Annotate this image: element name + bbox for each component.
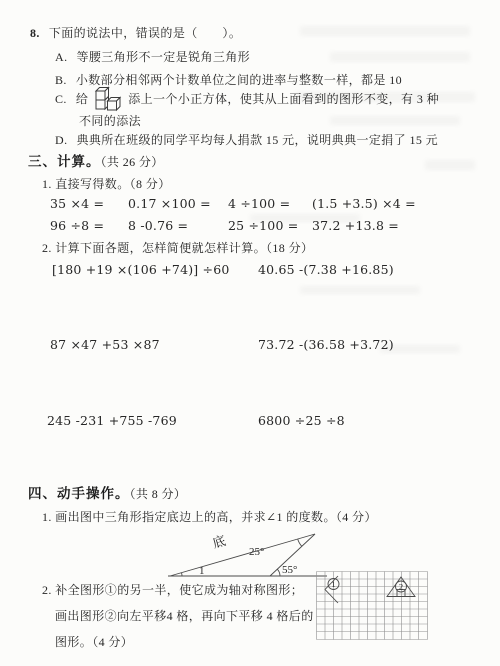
apex-angle-label: 25° [249, 546, 264, 558]
option-d-text: 典典所在班级的同学平均每人捐款 15 元，说明典典一定捐了 15 元 [76, 133, 438, 147]
simplify-problem: [180 +19 ×(106 +74)] ÷60 [52, 262, 230, 277]
option-c-text-before: 给 [76, 92, 88, 106]
oral-expression: (1.5 +3.5) ×4 = [312, 196, 416, 211]
option-c-label: C. [55, 92, 67, 106]
option-d: D.典典所在班级的同学平均每人捐款 15 元，说明典典一定捐了 15 元 [55, 133, 438, 147]
oral-expression: 37.2 +13.8 = [312, 218, 399, 233]
oral-expression: 4 ÷100 = [228, 196, 290, 211]
option-c-line2: 不同的添法 [79, 114, 141, 128]
figure-1-number: 1 [331, 579, 335, 589]
section-calc-title: 三、计算。 [28, 154, 101, 169]
scan-artifact [300, 286, 420, 294]
worksheet-page: 8.下面的说法中，错误的是（ ）。 A.等腰三角形不一定是锐角三角形 B.小数部… [0, 0, 500, 666]
section-hands-score: （共 8 分） [130, 487, 187, 501]
oral-expression: 96 ÷8 = [50, 218, 104, 233]
base-angle-label: 55° [282, 564, 297, 576]
oral-calc-title: 1. 直接写得数。（8 分） [42, 177, 171, 191]
triangle-figure: 底 25° 1 55° [160, 527, 335, 581]
option-c: C. 给 添上一个小正方体，使其从上面看到的图形不变，有 3 种 [55, 84, 439, 114]
question-8-stem: 8.下面的说法中，错误的是（ ）。 [30, 26, 241, 40]
cube-bottom-left-front-face [96, 100, 105, 109]
option-a: A.等腰三角形不一定是锐角三角形 [55, 50, 250, 64]
option-a-label: A. [55, 50, 67, 64]
angle25-arc [298, 539, 302, 546]
simplify-problem: 87 ×47 +53 ×87 [50, 337, 160, 352]
section-calc-score: （共 26 分） [101, 155, 164, 169]
grid-figure: 1 2 [316, 571, 428, 640]
section-hands-title: 四、动手操作。 [28, 486, 130, 501]
scan-artifact [330, 116, 460, 125]
oral-expression: 25 ÷100 = [228, 218, 298, 233]
oral-expression: 0.17 ×100 = [128, 196, 211, 211]
question-8-number: 8. [30, 26, 40, 40]
hands-q2-line2: 画出图形②向左平移4 格，再向下平移 4 格后的 [55, 609, 314, 623]
oral-expression: 8 -0.76 = [128, 218, 188, 233]
hands-q2-line3: 图形。（4 分） [55, 635, 133, 649]
hands-q1-title: 1. 画出图中三角形指定底边上的高，并求∠1 的度数。（4 分） [42, 510, 377, 524]
option-c-text-after: 添上一个小正方体，使其从上面看到的图形不变，有 3 种 [128, 92, 439, 106]
simplify-problem: 73.72 -(36.58 +3.72) [258, 337, 394, 352]
simplify-calc-title: 2. 计算下面各题，怎样简便就怎样计算。（18 分） [42, 241, 313, 255]
oral-expression: 35 ×4 = [50, 196, 104, 211]
option-a-text: 等腰三角形不一定是锐角三角形 [76, 50, 250, 64]
cube-right-front-face [108, 101, 117, 110]
figure-2-number: 2 [399, 582, 403, 592]
cube-top-left-front-face [96, 91, 105, 100]
question-8-text: 下面的说法中，错误的是（ ）。 [49, 26, 241, 40]
section-calc-heading: 三、计算。（共 26 分） [28, 154, 164, 170]
scan-artifact [330, 52, 470, 62]
angle1-label: 1 [199, 565, 205, 577]
simplify-problem: 245 -231 +755 -769 [47, 413, 177, 428]
angle1-arc [182, 573, 183, 576]
scan-artifact [425, 160, 475, 170]
base-side-label: 底 [211, 533, 228, 551]
scan-artifact [300, 26, 470, 36]
cubes-figure [94, 86, 122, 112]
option-d-label: D. [55, 133, 67, 147]
simplify-problem: 40.65 -(7.38 +16.85) [258, 262, 394, 277]
angle55-arc [277, 569, 280, 576]
simplify-problem: 6800 ÷25 ÷8 [258, 413, 345, 428]
section-hands-heading: 四、动手操作。（共 8 分） [28, 486, 186, 502]
hands-q2-line1: 2. 补全图形①的另一半，使它成为轴对称图形； [42, 583, 303, 597]
